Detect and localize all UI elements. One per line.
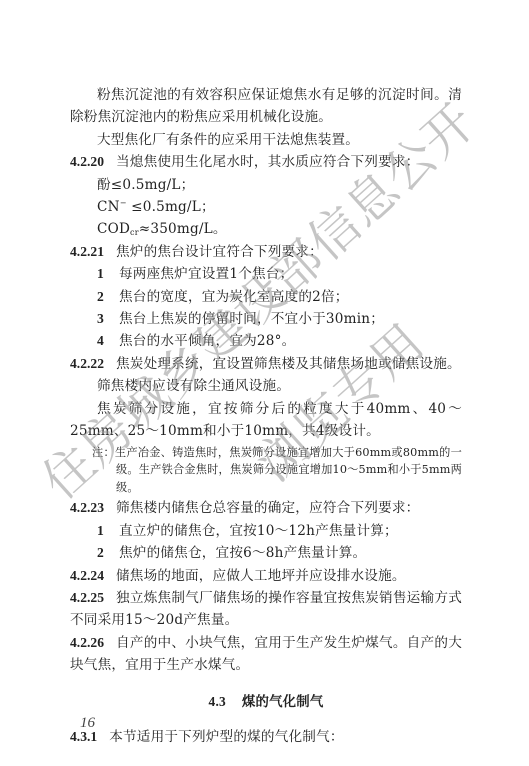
paragraph-dust-ventilation: 筛焦楼内应设有除尘通风设施。 xyxy=(70,375,462,397)
clause-4-2-22: 4.2.22焦炭处理系统，宜设置筛焦楼及其储焦场地或储焦设施。 xyxy=(70,353,462,375)
clause-number: 4.2.26 xyxy=(70,632,104,654)
page-body: 粉焦沉淀池的有效容积应保证熄焦水有足够的沉淀时间。清除粉焦沉淀池内的粉焦应采用机… xyxy=(70,84,462,748)
cn-symbol: CN xyxy=(97,199,120,215)
limit-phenol: 酚≤0.5mg/L； xyxy=(70,174,462,196)
clause-text: 当熄焦使用生化尾水时，其水质应符合下列要求： xyxy=(116,154,419,170)
clause-4-3-1: 4.3.1本节适用于下列炉型的煤的气化制气： xyxy=(70,726,462,748)
clause-text: 筛焦楼内储焦仓总容量的确定，应符合下列要求： xyxy=(116,500,419,516)
note: 注：生产冶金、铸造焦时，焦炭筛分设施宜增加大于60mm或80mm的一级。生产铁合… xyxy=(70,444,462,497)
item-number: 1 xyxy=(97,520,119,542)
item-text: 焦炉的储焦仓，宜按6～8h产焦量计算。 xyxy=(119,545,366,561)
clause-4-2-23: 4.2.23筛焦楼内储焦仓总容量的确定，应符合下列要求： xyxy=(70,497,462,519)
clause-4-2-20: 4.2.20当熄焦使用生化尾水时，其水质应符合下列要求： xyxy=(70,151,462,173)
paragraph-dry-quenching: 大型焦化厂有条件的应采用干法熄焦装置。 xyxy=(70,129,462,151)
clause-4-2-21: 4.2.21焦炉的焦台设计宜符合下列要求： xyxy=(70,241,462,263)
item-text: 焦台的水平倾角，宜为28°。 xyxy=(119,333,295,349)
item-number: 4 xyxy=(97,330,119,352)
clause-text: 独立炼焦制气厂储焦场的操作容量宜按焦炭销售运输方式不同采用15～20d产焦量。 xyxy=(70,590,462,628)
clause-4-2-26: 4.2.26自产的中、小块气焦，宜用于生产发生炉煤气。自产的大块气焦，宜用于生产… xyxy=(70,632,462,677)
cod-symbol: COD xyxy=(97,221,130,237)
limit-cyanide: CN− ≤0.5mg/L； xyxy=(70,196,462,218)
clause-number: 4.2.21 xyxy=(70,241,104,263)
clause-number: 4.2.20 xyxy=(70,151,104,173)
cod-subscript: cr xyxy=(130,228,139,237)
page-number: 16 xyxy=(80,715,95,732)
item-number: 1 xyxy=(97,263,119,285)
list-item: 2焦台的宽度，宜为炭化室高度的2倍； xyxy=(70,286,462,308)
list-item: 1每两座焦炉宜设置1个焦台； xyxy=(70,263,462,285)
clause-number: 4.2.22 xyxy=(70,353,104,375)
clause-text: 焦炭处理系统，宜设置筛焦楼及其储焦场地或储焦设施。 xyxy=(116,356,461,372)
clause-4-2-24: 4.2.24储焦场的地面，应做人工地坪并应设排水设施。 xyxy=(70,565,462,587)
clause-text: 本节适用于下列炉型的煤的气化制气： xyxy=(109,729,344,745)
item-number: 3 xyxy=(97,308,119,330)
item-number: 2 xyxy=(97,286,119,308)
item-text: 直立炉的储焦仓，宜按10～12h产焦量计算； xyxy=(119,523,398,539)
list-item: 1直立炉的储焦仓，宜按10～12h产焦量计算； xyxy=(70,520,462,542)
cn-value: ≤0.5mg/L； xyxy=(127,199,215,215)
clause-number: 4.2.25 xyxy=(70,587,104,609)
item-text: 焦台的宽度，宜为炭化室高度的2倍； xyxy=(119,289,349,305)
clause-text: 自产的中、小块气焦，宜用于生产发生炉煤气。自产的大块气焦，宜用于生产水煤气。 xyxy=(70,635,462,673)
limit-cod: CODcr≈350mg/L。 xyxy=(70,218,462,240)
clause-text: 焦炉的焦台设计宜符合下列要求： xyxy=(116,244,323,260)
item-text: 焦台上焦炭的停留时间，不宜小于30min； xyxy=(119,311,384,327)
list-item: 4焦台的水平倾角，宜为28°。 xyxy=(70,330,462,352)
paragraph-screening-grades: 焦炭筛分设施，宜按筛分后的粒度大于40mm、40～25mm、25～10mm和小于… xyxy=(70,398,462,443)
document-page: 粉焦沉淀池的有效容积应保证熄焦水有足够的沉淀时间。清除粉焦沉淀池内的粉焦应采用机… xyxy=(0,0,529,766)
list-item: 3焦台上焦炭的停留时间，不宜小于30min； xyxy=(70,308,462,330)
cod-value: ≈350mg/L。 xyxy=(139,221,227,237)
clause-text: 储焦场的地面，应做人工地坪并应设排水设施。 xyxy=(116,568,406,584)
list-item: 2焦炉的储焦仓，宜按6～8h产焦量计算。 xyxy=(70,542,462,564)
paragraph-coke-settling: 粉焦沉淀池的有效容积应保证熄焦水有足够的沉淀时间。清除粉焦沉淀池内的粉焦应采用机… xyxy=(70,84,462,129)
item-text: 每两座焦炉宜设置1个焦台； xyxy=(119,266,293,282)
section-number: 4.3 xyxy=(209,694,226,709)
clause-number: 4.2.24 xyxy=(70,565,104,587)
section-title: 煤的气化制气 xyxy=(242,695,324,710)
clause-4-2-25: 4.2.25独立炼焦制气厂储焦场的操作容量宜按焦炭销售运输方式不同采用15～20… xyxy=(70,587,462,632)
section-heading: 4.3煤的气化制气 xyxy=(70,691,462,714)
item-number: 2 xyxy=(97,542,119,564)
cn-superscript: − xyxy=(120,199,127,208)
clause-number: 4.2.23 xyxy=(70,497,104,519)
